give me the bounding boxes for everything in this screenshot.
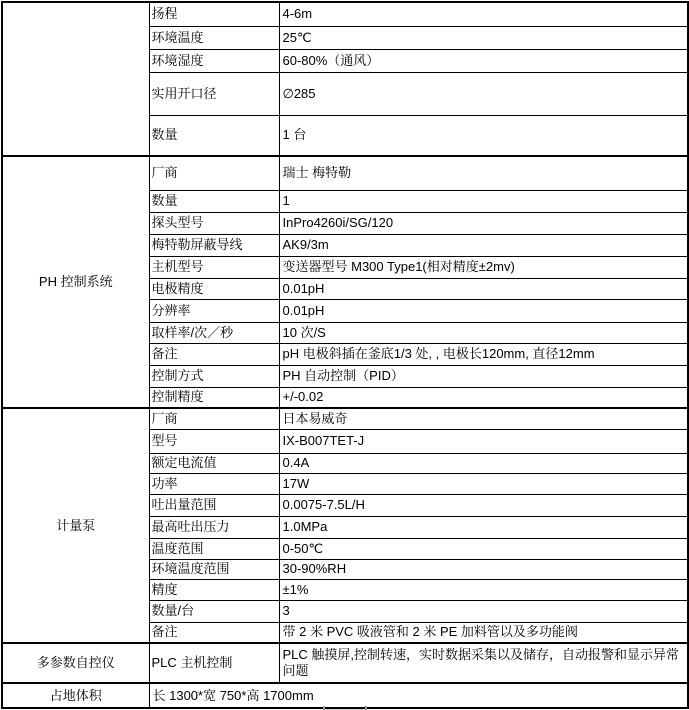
spec-value: 60-80%（通风） xyxy=(279,49,688,72)
spec-value: 30-90%RH xyxy=(279,559,688,579)
table-row: 多参数自控仪 PLC 主机控制 PLC 触摸屏,控制转速，实时数据采集以及储存，… xyxy=(2,643,688,683)
spec-label: 环境湿度 xyxy=(149,49,279,72)
spec-label: 最高吐出压力 xyxy=(149,516,279,538)
spec-value: 0-50℃ xyxy=(279,538,688,559)
spec-label: 精度 xyxy=(149,579,279,600)
table-row: PH 控制系统 厂商 瑞士 梅特勒 xyxy=(2,156,688,190)
spec-value: 长 1300*宽 750*高 1700mm xyxy=(149,683,688,708)
section-plc-controller: 多参数自控仪 PLC 主机控制 PLC 触摸屏,控制转速，实时数据采集以及储存，… xyxy=(2,643,688,683)
spec-value: 1 台 xyxy=(279,115,688,156)
spec-label: 厂商 xyxy=(149,408,279,429)
category-cell xyxy=(2,2,149,156)
spec-label: 备注 xyxy=(149,343,279,365)
spec-value: 10 次/S xyxy=(279,322,688,343)
cutoff-row-fragment xyxy=(365,706,367,710)
spec-label: 电极精度 xyxy=(149,278,279,299)
spec-value: 1 xyxy=(279,190,688,212)
spec-label: 数量 xyxy=(149,115,279,156)
spec-value: pH 电极斜插在釜底1/3 处, , 电极长120mm, 直径12mm xyxy=(279,343,688,365)
category-cell: 计量泵 xyxy=(2,408,149,643)
section-general: 扬程 4-6m 环境温度 25℃ 环境湿度 60-80%（通风） 实用开口径 ∅… xyxy=(2,2,688,156)
spec-value: AK9/3m xyxy=(279,234,688,256)
spec-value: IX-B007TET-J xyxy=(279,429,688,453)
category-cell: 多参数自控仪 xyxy=(2,643,149,683)
spec-value: 1.0MPa xyxy=(279,516,688,538)
spec-value: 变送器型号 M300 Type1(相对精度±2mv) xyxy=(279,256,688,278)
spec-label: 额定电流值 xyxy=(149,453,279,473)
spec-value: InPro4260i/SG/120 xyxy=(279,212,688,234)
spec-label: PLC 主机控制 xyxy=(149,643,279,683)
spec-value: 0.01pH xyxy=(279,278,688,299)
spec-label: 数量 xyxy=(149,190,279,212)
spec-label: 探头型号 xyxy=(149,212,279,234)
table-row: 计量泵 厂商 日本易威奇 xyxy=(2,408,688,429)
spec-label: 环境温度范围 xyxy=(149,559,279,579)
table-row: 占地体积 长 1300*宽 750*高 1700mm xyxy=(2,683,688,708)
spec-document-page: 扬程 4-6m 环境温度 25℃ 环境湿度 60-80%（通风） 实用开口径 ∅… xyxy=(0,0,689,710)
spec-value: 25℃ xyxy=(279,26,688,49)
spec-value: ∅285 xyxy=(279,72,688,115)
spec-label: 备注 xyxy=(149,622,279,643)
spec-value: PH 自动控制（PID） xyxy=(279,365,688,387)
spec-label: 型号 xyxy=(149,429,279,453)
spec-value: 带 2 米 PVC 吸液管和 2 米 PE 加料管以及多功能阀 xyxy=(279,622,688,643)
spec-label: 实用开口径 xyxy=(149,72,279,115)
spec-value: 17W xyxy=(279,473,688,494)
spec-label: 控制精度 xyxy=(149,387,279,408)
spec-label: 梅特勒屏蔽导线 xyxy=(149,234,279,256)
table-row: 扬程 4-6m xyxy=(2,2,688,26)
spec-value: 4-6m xyxy=(279,2,688,26)
spec-value: 0.0075-7.5L/H xyxy=(279,494,688,516)
category-cell: 占地体积 xyxy=(2,683,149,708)
spec-label: 主机型号 xyxy=(149,256,279,278)
spec-value: 0.4A xyxy=(279,453,688,473)
spec-label: 数量/台 xyxy=(149,600,279,622)
section-metering-pump: 计量泵 厂商 日本易威奇 型号 IX-B007TET-J 额定电流值 0.4A … xyxy=(2,408,688,643)
spec-label: 分辨率 xyxy=(149,299,279,322)
section-ph-control: PH 控制系统 厂商 瑞士 梅特勒 数量 1 探头型号 InPro4260i/S… xyxy=(2,156,688,408)
spec-value: +/-0.02 xyxy=(279,387,688,408)
spec-label: 厂商 xyxy=(149,156,279,190)
spec-label: 功率 xyxy=(149,473,279,494)
spec-value: ±1% xyxy=(279,579,688,600)
spec-value: PLC 触摸屏,控制转速，实时数据采集以及储存，自动报警和显示异常问题 xyxy=(279,643,688,683)
spec-label: 温度范围 xyxy=(149,538,279,559)
spec-label: 环境温度 xyxy=(149,26,279,49)
category-cell: PH 控制系统 xyxy=(2,156,149,408)
spec-value: 3 xyxy=(279,600,688,622)
spec-label: 取样率/次／秒 xyxy=(149,322,279,343)
spec-table: 扬程 4-6m 环境温度 25℃ 环境湿度 60-80%（通风） 实用开口径 ∅… xyxy=(1,1,689,709)
spec-value: 0.01pH xyxy=(279,299,688,322)
spec-label: 吐出量范围 xyxy=(149,494,279,516)
spec-value: 瑞士 梅特勒 xyxy=(279,156,688,190)
section-footprint: 占地体积 长 1300*宽 750*高 1700mm xyxy=(2,683,688,708)
spec-label: 控制方式 xyxy=(149,365,279,387)
spec-value: 日本易威奇 xyxy=(279,408,688,429)
spec-label: 扬程 xyxy=(149,2,279,26)
